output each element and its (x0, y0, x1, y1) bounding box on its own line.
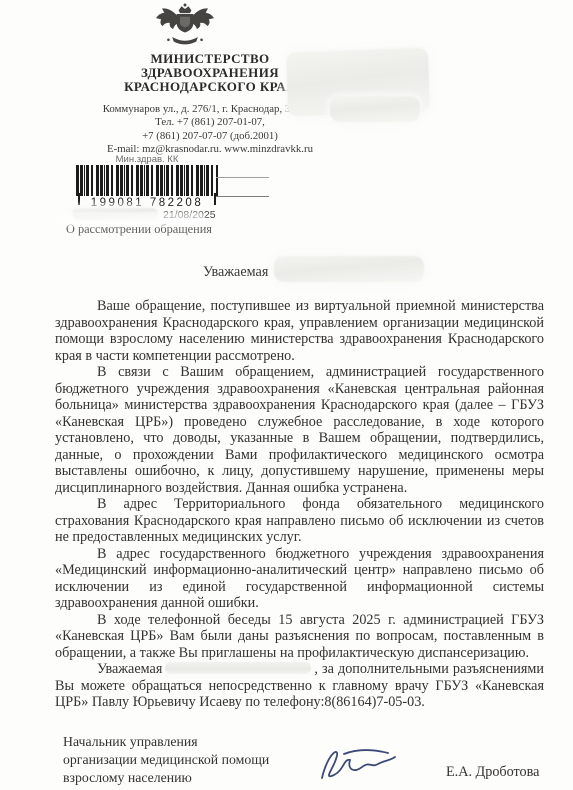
signer-position: Начальник управления организации медицин… (63, 733, 353, 788)
redacted-recipient-block (330, 96, 420, 122)
signer-position-line: организации медицинской помощи (63, 751, 353, 769)
reference-blank-line (216, 177, 269, 178)
letter-body: Ваше обращение, поступившее из виртуальн… (55, 298, 544, 711)
handwritten-signature-icon (314, 741, 414, 790)
phone-line: Тел. +7 (861) 207-01-07, (40, 116, 380, 129)
salutation: Уважаемая (203, 264, 268, 281)
paragraph: В адрес Территориального фонда обязатель… (55, 496, 544, 546)
paragraph-text: Уважаемая (97, 661, 162, 677)
registration-barcode: 199081 782208 (76, 165, 218, 209)
phone-line: +7 (861) 207-07-07 (доб.2001) (40, 130, 380, 143)
paragraph: В адрес государственного бюджетного учре… (55, 546, 544, 612)
scanned-letter-page: МИНИСТЕРСТВО ЗДРАВООХРАНЕНИЯ КРАСНОДАРСК… (0, 0, 573, 790)
stamp-label: Мин.здрав. КК (76, 154, 218, 165)
smudge-over-subject (56, 212, 206, 227)
redacted-addressee-name (274, 256, 424, 282)
paragraph: Ваше обращение, поступившее из виртуальн… (55, 298, 544, 364)
paragraph: В связи с Вашим обращением, администраци… (55, 364, 544, 496)
signer-position-line: взрослому населению (63, 769, 353, 787)
paragraph: В ходе телефонной беседы 15 августа 2025… (55, 612, 544, 662)
coat-of-arms-icon (148, 3, 222, 49)
paragraph: Уважаемая, за дополнительными разъяснени… (55, 661, 544, 711)
reference-blank-line (216, 196, 269, 197)
redacted-addressee-name (165, 662, 311, 674)
signer-name: Е.А. Дроботова (446, 764, 539, 781)
signer-position-line: Начальник управления (63, 733, 353, 751)
barcode-bars (76, 165, 218, 196)
